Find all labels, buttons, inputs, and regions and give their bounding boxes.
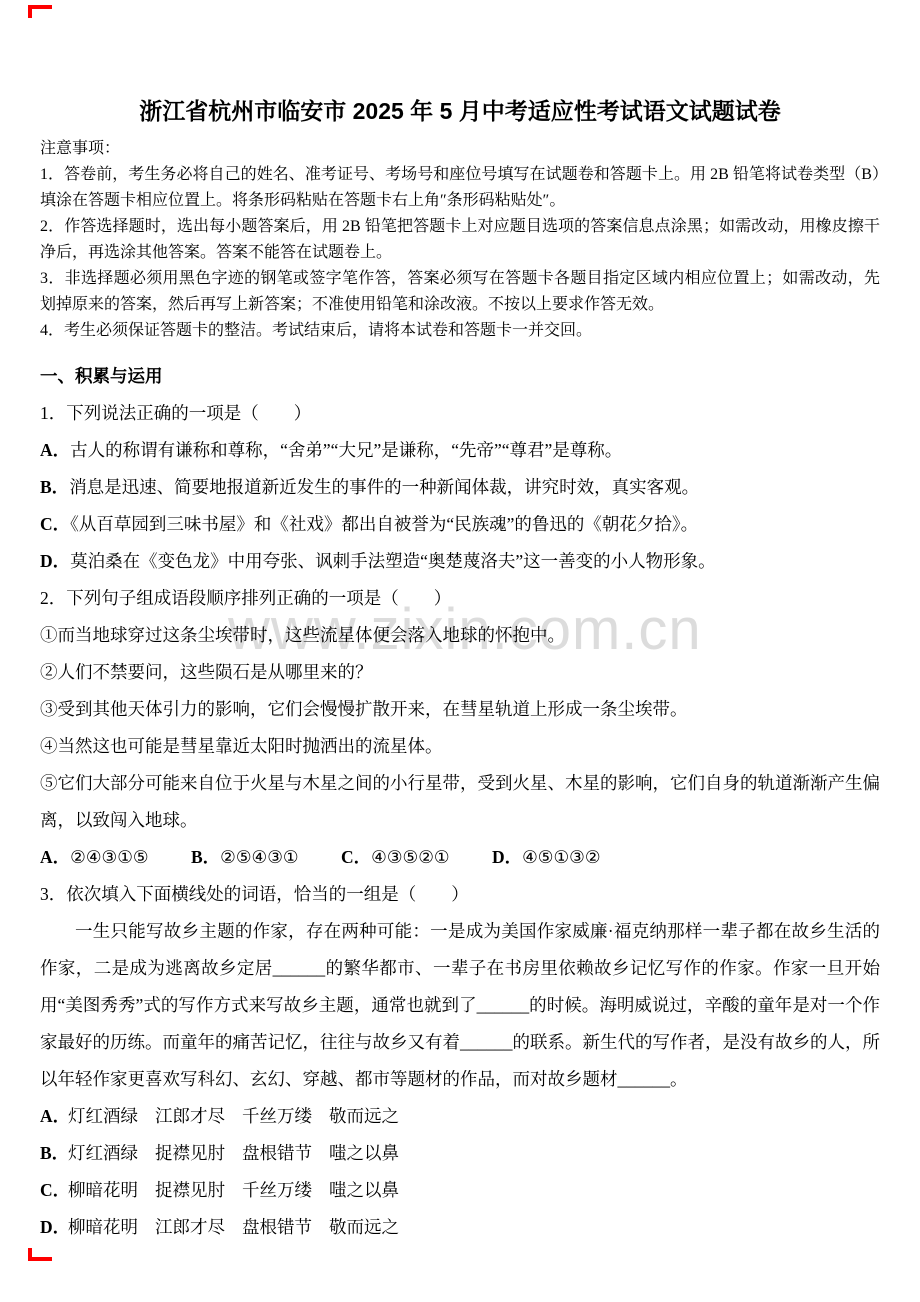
question-3-option-b: B．灯红酒绿捉襟见肘盘根错节嗤之以鼻 <box>40 1135 880 1172</box>
question-2-options-row: A．②④③①⑤ B．②⑤④③① C．④③⑤②① D．④⑤①③② <box>40 839 880 876</box>
option-word: 捉襟见肘 <box>155 1172 242 1209</box>
notice-item-number: 4． <box>40 322 64 339</box>
option-label: B． <box>40 477 69 497</box>
question-2-stem: 2．下列句子组成语段顺序排列正确的一项是（ ） <box>40 580 880 617</box>
question-3-passage: 一生只能写故乡主题的作家，存在两种可能：一是成为美国作家威廉·福克纳那样一辈子都… <box>40 913 880 1098</box>
notice-item-number: 1． <box>40 166 64 183</box>
question-number: 2． <box>40 588 66 608</box>
notice-section: 注意事项： 1．答卷前，考生务必将自己的姓名、准考证号、考场号和座位号填写在试题… <box>40 136 880 344</box>
page-title: 浙江省杭州市临安市 2025 年 5 月中考适应性考试语文试题试卷 <box>40 0 880 126</box>
question-1-option-d: D．莫泊桑在《变色龙》中用夸张、讽刺手法塑造“奥楚蔑洛夫”这一善变的小人物形象。 <box>40 543 880 580</box>
option-label: C． <box>40 1172 68 1209</box>
question-2-option-b: B．②⑤④③① <box>191 839 299 876</box>
option-value: ②④③①⑤ <box>70 847 148 867</box>
question-3-stem: 3．依次填入下面横线处的词语，恰当的一组是（ ） <box>40 876 880 913</box>
question-3-option-a: A．灯红酒绿江郎才尽千丝万缕敬而远之 <box>40 1098 880 1135</box>
notice-item-text: 非选择题必须用黑色字迹的钢笔或签字笔作答，答案必须写在答题卡各题目指定区域内相应… <box>40 270 880 313</box>
option-label: D． <box>40 1209 68 1246</box>
notice-item-number: 2． <box>40 218 64 235</box>
option-word: 柳暗花明 <box>68 1209 155 1246</box>
option-text: 消息是迅速、简要地报道新近发生的事件的一种新闻体裁，讲究时效，真实客观。 <box>69 477 699 497</box>
notice-item-text: 作答选择题时，选出每小题答案后，用 2B 铅笔把答题卡上对应题目选项的答案信息点… <box>40 218 880 261</box>
option-word: 敬而远之 <box>329 1209 399 1246</box>
option-word: 嗤之以鼻 <box>329 1172 399 1209</box>
notice-item-text: 答卷前，考生务必将自己的姓名、准考证号、考场号和座位号填写在试题卷和答题卡上。用… <box>40 166 880 209</box>
option-word: 灯红酒绿 <box>68 1135 155 1172</box>
question-2-option-c: C．④③⑤②① <box>341 839 450 876</box>
option-label: D． <box>40 551 70 571</box>
option-label: A． <box>40 1098 68 1135</box>
question-2-sentence-2: ②人们不禁要问，这些陨石是从哪里来的？ <box>40 654 880 691</box>
option-label: B． <box>191 847 220 867</box>
notice-item-4: 4．考生必须保证答题卡的整洁。考试结束后，请将本试卷和答题卡一并交回。 <box>40 318 880 344</box>
question-1-option-a: A．古人的称谓有谦称和尊称，“舍弟”“大兄”是谦称，“先帝”“尊君”是尊称。 <box>40 432 880 469</box>
question-1-stem: 1．下列说法正确的一项是（ ） <box>40 395 880 432</box>
notice-heading: 注意事项： <box>40 136 880 162</box>
question-2-sentence-3: ③受到其他天体引力的影响，它们会慢慢扩散开来，在彗星轨道上形成一条尘埃带。 <box>40 691 880 728</box>
question-2-option-a: A．②④③①⑤ <box>40 839 149 876</box>
option-word: 千丝万缕 <box>242 1098 329 1135</box>
notice-item-text: 考生必须保证答题卡的整洁。考试结束后，请将本试卷和答题卡一并交回。 <box>64 322 592 339</box>
option-label: C． <box>341 847 371 867</box>
option-label: A． <box>40 847 70 867</box>
option-value: ②⑤④③① <box>220 847 298 867</box>
notice-item-number: 3． <box>40 270 65 287</box>
option-value: ④⑤①③② <box>522 847 600 867</box>
document-content: 浙江省杭州市临安市 2025 年 5 月中考适应性考试语文试题试卷 注意事项： … <box>0 0 920 1246</box>
question-number: 1． <box>40 403 66 423</box>
option-word: 盘根错节 <box>242 1209 329 1246</box>
option-text: 莫泊桑在《变色龙》中用夸张、讽刺手法塑造“奥楚蔑洛夫”这一善变的小人物形象。 <box>70 551 716 571</box>
option-word: 捉襟见肘 <box>155 1135 242 1172</box>
option-label: A． <box>40 440 70 460</box>
notice-item-2: 2．作答选择题时，选出每小题答案后，用 2B 铅笔把答题卡上对应题目选项的答案信… <box>40 214 880 266</box>
question-3-option-c: C．柳暗花明捉襟见肘千丝万缕嗤之以鼻 <box>40 1172 880 1209</box>
option-word: 柳暗花明 <box>68 1172 155 1209</box>
question-stem-text: 下列说法正确的一项是（ ） <box>66 403 311 423</box>
option-word: 江郎才尽 <box>155 1209 242 1246</box>
question-3-option-d: D．柳暗花明江郎才尽盘根错节敬而远之 <box>40 1209 880 1246</box>
option-label: D． <box>492 847 522 867</box>
option-word: 盘根错节 <box>242 1135 329 1172</box>
question-1-option-b: B．消息是迅速、简要地报道新近发生的事件的一种新闻体裁，讲究时效，真实客观。 <box>40 469 880 506</box>
option-value: ④③⑤②① <box>371 847 449 867</box>
red-crop-mark-bottom-left <box>28 1248 52 1261</box>
option-word: 千丝万缕 <box>242 1172 329 1209</box>
exam-paper-page: www.zixin.com.cn 浙江省杭州市临安市 2025 年 5 月中考适… <box>0 0 920 1302</box>
option-text: 古人的称谓有谦称和尊称，“舍弟”“大兄”是谦称，“先帝”“尊君”是尊称。 <box>70 440 622 460</box>
question-stem-text: 下列句子组成语段顺序排列正确的一项是（ ） <box>66 588 451 608</box>
option-word: 嗤之以鼻 <box>329 1135 399 1172</box>
option-word: 敬而远之 <box>329 1098 399 1135</box>
question-2-option-d: D．④⑤①③② <box>492 839 601 876</box>
option-word: 灯红酒绿 <box>68 1098 155 1135</box>
option-word: 江郎才尽 <box>155 1098 242 1135</box>
option-label: C． <box>40 514 70 534</box>
question-2-sentence-1: ①而当地球穿过这条尘埃带时，这些流星体便会落入地球的怀抱中。 <box>40 617 880 654</box>
option-label: B． <box>40 1135 68 1172</box>
question-2-sentence-4: ④当然这也可能是彗星靠近太阳时抛洒出的流星体。 <box>40 728 880 765</box>
section-heading-accumulation: 一、积累与运用 <box>40 358 880 395</box>
notice-item-3: 3．非选择题必须用黑色字迹的钢笔或签字笔作答，答案必须写在答题卡各题目指定区域内… <box>40 266 880 318</box>
option-text: 《从百草园到三味书屋》和《社戏》都出自被誉为“民族魂”的鲁迅的《朝花夕拾》。 <box>70 514 698 534</box>
question-1-option-c: C．《从百草园到三味书屋》和《社戏》都出自被誉为“民族魂”的鲁迅的《朝花夕拾》。 <box>40 506 880 543</box>
question-2-sentence-5: ⑤它们大部分可能来自位于火星与木星之间的小行星带，受到火星、木星的影响，它们自身… <box>40 765 880 839</box>
question-stem-text: 依次填入下面横线处的词语，恰当的一组是（ ） <box>66 884 469 904</box>
notice-item-1: 1．答卷前，考生务必将自己的姓名、准考证号、考场号和座位号填写在试题卷和答题卡上… <box>40 162 880 214</box>
question-number: 3． <box>40 884 66 904</box>
